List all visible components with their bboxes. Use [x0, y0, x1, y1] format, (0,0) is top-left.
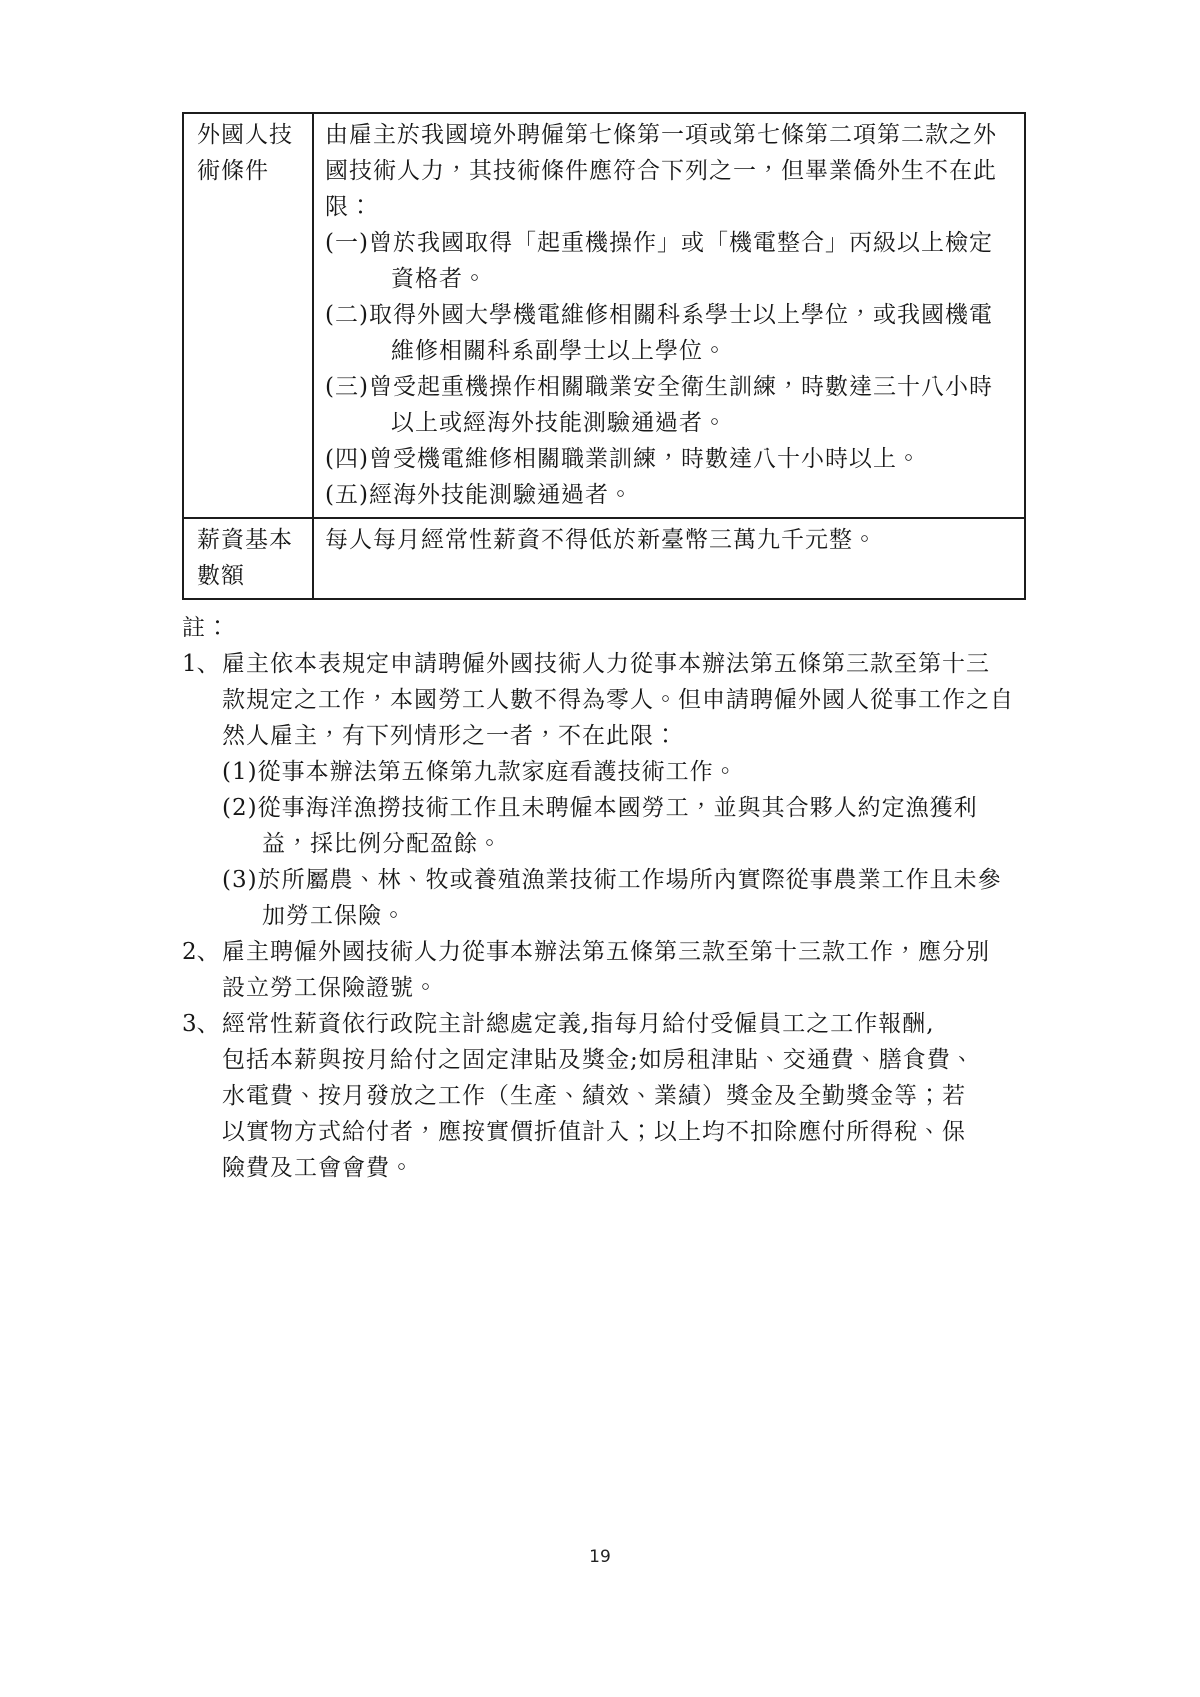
note-number: 3、 — [182, 1006, 222, 1042]
table-content-line: 資格者。 — [325, 261, 1016, 297]
row2-content-cell: 每人每月經常性薪資不得低於新臺幣三萬九千元整。 — [312, 517, 1024, 598]
table-content-line: 以上或經海外技能測驗通過者。 — [325, 405, 1016, 441]
table-content-line: (五)經海外技能測驗通過者。 — [325, 477, 1016, 513]
table-content-line: (三)曾受起重機操作相關職業安全衛生訓練，時數達三十八小時 — [325, 369, 1016, 405]
note-subitem-line: 加勞工保險。 — [182, 898, 1026, 934]
table-content-line: 由雇主於我國境外聘僱第七條第一項或第七條第二項第二款之外 — [325, 117, 1016, 153]
row2-header-cell: 薪資基本 數額 — [184, 517, 312, 598]
row2-header-line: 薪資基本 — [197, 522, 306, 558]
note-line: 然人雇主，有下列情形之一者，不在此限： — [182, 718, 1026, 754]
requirements-table: 外國人技 術條件 由雇主於我國境外聘僱第七條第一項或第七條第二項第二款之外 國技… — [182, 112, 1026, 600]
note-line: 包括本薪與按月給付之固定津貼及獎金;如房租津貼、交通費、膳食費、 — [182, 1042, 1026, 1078]
page-number: 19 — [0, 1547, 1200, 1567]
note-subitem-line: 益，採比例分配盈餘。 — [182, 826, 1026, 862]
note-line: 3、經常性薪資依行政院主計總處定義,指每月給付受僱員工之工作報酬, — [182, 1006, 1026, 1042]
table-content-line: 國技術人力，其技術條件應符合下列之一，但畢業僑外生不在此 — [325, 153, 1016, 189]
document-page: 外國人技 術條件 由雇主於我國境外聘僱第七條第一項或第七條第二項第二款之外 國技… — [0, 0, 1200, 1697]
notes-label: 註： — [182, 610, 1026, 646]
note-text: 經常性薪資依行政院主計總處定義,指每月給付受僱員工之工作報酬, — [222, 1011, 935, 1037]
note-subitem-line: (1)從事本辦法第五條第九款家庭看護技術工作。 — [182, 754, 1026, 790]
note-line: 設立勞工保險證號。 — [182, 970, 1026, 1006]
note-line: 水電費、按月發放之工作（生產、績效、業績）獎金及全勤獎金等；若 — [182, 1078, 1026, 1114]
table-content-line: 每人每月經常性薪資不得低於新臺幣三萬九千元整。 — [325, 522, 1016, 594]
note-line: 款規定之工作，本國勞工人數不得為零人。但申請聘僱外國人從事工作之自 — [182, 682, 1026, 718]
row1-content-cell: 由雇主於我國境外聘僱第七條第一項或第七條第二項第二款之外 國技術人力，其技術條件… — [312, 114, 1024, 517]
table-content-line: 維修相關科系副學士以上學位。 — [325, 333, 1016, 369]
table-content-line: (二)取得外國大學機電維修相關科系學士以上學位，或我國機電 — [325, 297, 1016, 333]
note-subitem-line: (2)從事海洋漁撈技術工作且未聘僱本國勞工，並與其合夥人約定漁獲利 — [182, 790, 1026, 826]
row1-header-cell: 外國人技 術條件 — [184, 114, 312, 517]
row2-header-line: 數額 — [197, 558, 306, 594]
document-content: 外國人技 術條件 由雇主於我國境外聘僱第七條第一項或第七條第二項第二款之外 國技… — [182, 112, 1026, 1186]
table-content-line: (一)曾於我國取得「起重機操作」或「機電整合」丙級以上檢定 — [325, 225, 1016, 261]
note-number: 1、 — [182, 646, 222, 682]
note-line: 2、雇主聘僱外國技術人力從事本辦法第五條第三款至第十三款工作，應分別 — [182, 934, 1026, 970]
note-subitem-line: (3)於所屬農、林、牧或養殖漁業技術工作場所內實際從事農業工作且未參 — [182, 862, 1026, 898]
row1-header-line: 術條件 — [197, 153, 306, 189]
row1-header-line: 外國人技 — [197, 117, 306, 153]
note-line: 以實物方式給付者，應按實價折值計入；以上均不扣除應付所得稅、保 — [182, 1114, 1026, 1150]
table-content-line: 限： — [325, 189, 1016, 225]
note-text: 雇主聘僱外國技術人力從事本辦法第五條第三款至第十三款工作，應分別 — [222, 939, 990, 965]
note-text: 雇主依本表規定申請聘僱外國技術人力從事本辦法第五條第三款至第十三 — [222, 651, 990, 677]
notes-section: 註： 1、雇主依本表規定申請聘僱外國技術人力從事本辦法第五條第三款至第十三 款規… — [182, 610, 1026, 1186]
note-number: 2、 — [182, 934, 222, 970]
note-line: 險費及工會會費。 — [182, 1150, 1026, 1186]
note-line: 1、雇主依本表規定申請聘僱外國技術人力從事本辦法第五條第三款至第十三 — [182, 646, 1026, 682]
table-content-line: (四)曾受機電維修相關職業訓練，時數達八十小時以上。 — [325, 441, 1016, 477]
